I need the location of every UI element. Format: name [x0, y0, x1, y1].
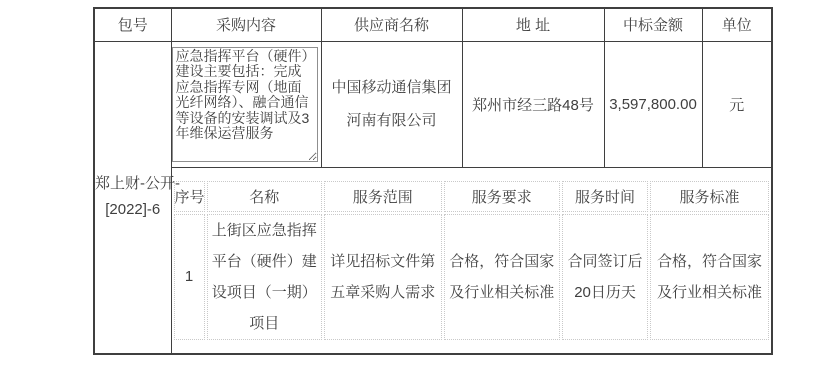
- svc-name-line-3: 设项目（一期）: [208, 277, 321, 308]
- supplier-name-cell: 中国移动通信集团 河南有限公司: [321, 41, 462, 167]
- svc-header-requirement: 服务要求: [444, 181, 561, 212]
- service-data-row: 1 上街区应急指挥 平台（硬件）建 设项目（一期） 项目 详见招标文件第 五章采…: [174, 214, 770, 340]
- award-amount-cell: 3,597,800.00: [604, 41, 702, 167]
- procurement-content-cell: 应急指挥平台（硬件）建设主要包括：完成应急指挥专网（地面光纤网络）、融合通信等设…: [171, 41, 321, 167]
- header-procurement-content: 采购内容: [171, 8, 321, 41]
- package-no-line-1: 郑上财-公开-: [95, 171, 171, 197]
- svc-name-line-1: 上街区应急指挥: [208, 215, 321, 246]
- header-address: 地 址: [462, 8, 604, 41]
- award-data-row: 郑上财-公开- [2022]-6 应急指挥平台（硬件）建设主要包括：完成应急指挥…: [94, 41, 772, 167]
- header-package-no: 包号: [94, 8, 171, 41]
- award-result-table: 包号 采购内容 供应商名称 地 址 中标金额 单位 郑上财-公开- [2022]…: [93, 7, 773, 355]
- procurement-content-textarea[interactable]: 应急指挥平台（硬件）建设主要包括：完成应急指挥专网（地面光纤网络）、融合通信等设…: [172, 47, 318, 162]
- svc-header-standard: 服务标准: [650, 181, 769, 212]
- address-cell: 郑州市经三路48号: [462, 41, 604, 167]
- svc-name-line-4: 项目: [208, 308, 321, 339]
- supplier-name-line-1: 中国移动通信集团: [322, 71, 462, 104]
- service-header-row: 序号 名称 服务范围 服务要求 服务时间 服务标准: [174, 181, 770, 212]
- svc-header-scope: 服务范围: [324, 181, 442, 212]
- svc-time-cell: 合同签订后 20日历天: [562, 214, 648, 340]
- main-header-row: 包号 采购内容 供应商名称 地 址 中标金额 单位: [94, 8, 772, 41]
- svc-name-line-2: 平台（硬件）建: [208, 246, 321, 277]
- svc-requirement-cell: 合格，符合国家 及行业相关标准: [444, 214, 561, 340]
- package-no-line-2: [2022]-6: [95, 197, 171, 223]
- svc-scope-line-2: 五章采购人需求: [325, 277, 441, 308]
- service-detail-cell: 序号 名称 服务范围 服务要求 服务时间 服务标准 1 上街区应急指挥: [171, 167, 772, 354]
- svc-standard-line-2: 及行业相关标准: [651, 277, 768, 308]
- service-detail-row: 序号 名称 服务范围 服务要求 服务时间 服务标准 1 上街区应急指挥: [94, 167, 772, 354]
- service-detail-table: 序号 名称 服务范围 服务要求 服务时间 服务标准 1 上街区应急指挥: [172, 179, 772, 342]
- svc-time-line-1: 合同签订后: [563, 246, 647, 277]
- header-supplier-name: 供应商名称: [321, 8, 462, 41]
- unit-cell: 元: [702, 41, 772, 167]
- package-no-cell: 郑上财-公开- [2022]-6: [94, 41, 171, 354]
- supplier-name-line-2: 河南有限公司: [322, 104, 462, 137]
- svc-time-line-2: 20日历天: [563, 277, 647, 308]
- svc-seq-cell: 1: [174, 214, 205, 340]
- header-award-amount: 中标金额: [604, 8, 702, 41]
- svc-header-seq: 序号: [174, 181, 205, 212]
- header-unit: 单位: [702, 8, 772, 41]
- svc-standard-line-1: 合格，符合国家: [651, 246, 768, 277]
- svc-standard-cell: 合格，符合国家 及行业相关标准: [650, 214, 769, 340]
- svc-requirement-line-2: 及行业相关标准: [445, 277, 560, 308]
- svc-name-cell: 上街区应急指挥 平台（硬件）建 设项目（一期） 项目: [207, 214, 322, 340]
- svc-requirement-line-1: 合格，符合国家: [445, 246, 560, 277]
- svc-header-name: 名称: [207, 181, 322, 212]
- svc-header-time: 服务时间: [562, 181, 648, 212]
- svc-scope-line-1: 详见招标文件第: [325, 246, 441, 277]
- svc-scope-cell: 详见招标文件第 五章采购人需求: [324, 214, 442, 340]
